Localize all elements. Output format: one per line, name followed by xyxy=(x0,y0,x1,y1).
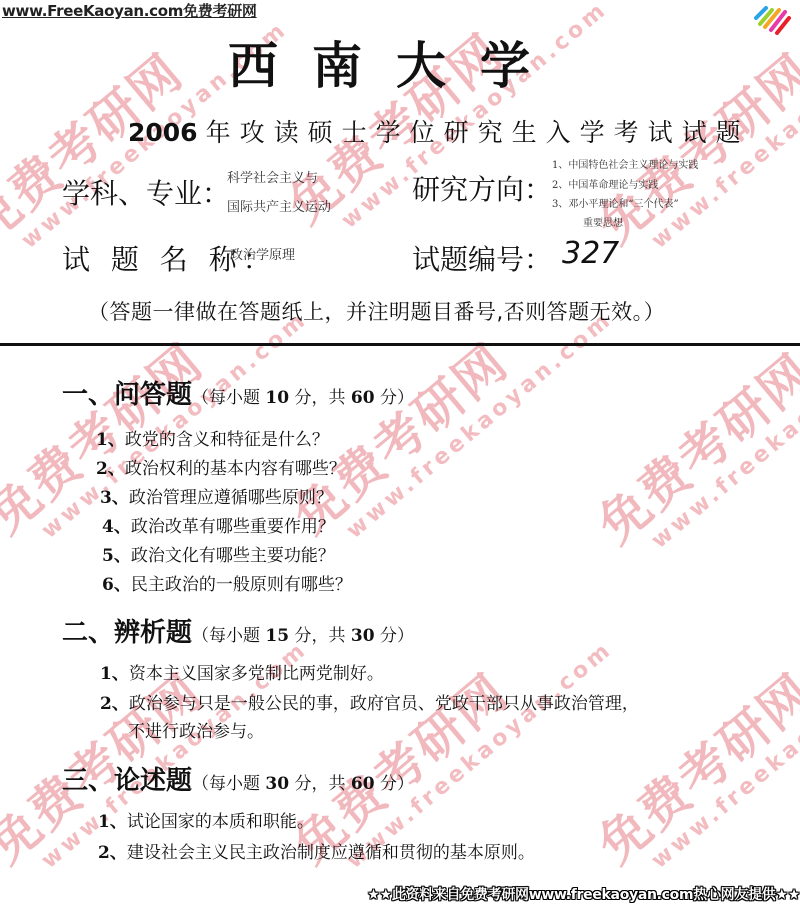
university-name: 西南大学 xyxy=(228,26,564,98)
question-item: 1、资本主义国家多党制比两党制好。 xyxy=(100,659,384,684)
watermark-url: www.freekaoyan.com xyxy=(647,317,800,554)
section-heading: 二、辨析题（每小题 15 分，共 30 分） xyxy=(62,612,414,649)
exam-title-text: 年攻读硕士学位研究生入学考试试题 xyxy=(206,118,750,147)
footer-credit: ★★此资料来自免费考研网www.freekaoyan.com热心网友提供★★ xyxy=(367,884,800,904)
exam-title: 2006年攻读硕士学位研究生入学考试试题 xyxy=(128,113,750,149)
section-heading: 三、论述题（每小题 30 分，共 60 分） xyxy=(62,760,414,797)
watermark: 免费考研网www.freekaoyan.com xyxy=(580,585,800,893)
question-item: 3、政治管理应遵循哪些原则？ xyxy=(100,483,333,508)
site-link[interactable]: www.FreeKaoyan.com免费考研网 xyxy=(2,0,257,21)
section-title: 三、论述题 xyxy=(62,766,192,796)
section-score-note: （每小题 30 分，共 60 分） xyxy=(192,774,414,794)
answer-notice: （答题一律做在答题纸上，并注明题目番号,否则答题无效。） xyxy=(88,296,665,326)
question-item: 1、试论国家的本质和职能。 xyxy=(98,807,314,832)
question-item: 4、政治改革有哪些重要作用？ xyxy=(102,512,335,537)
code-value: 327 xyxy=(562,236,619,271)
major-label: 学科、专业： xyxy=(62,172,230,212)
watermark-url: www.freekaoyan.com xyxy=(647,637,800,874)
section-score-note: （每小题 10 分，共 60 分） xyxy=(192,388,414,408)
question-item: 2、建设社会主义民主政治制度应遵循和贯彻的基本原则。 xyxy=(98,838,535,863)
direction-item: 2、中国革命理论与实践 xyxy=(552,178,658,194)
section-title: 二、辨析题 xyxy=(62,618,192,648)
major-value-line1: 科学社会主义与 xyxy=(227,168,318,190)
exam-year: 2006 xyxy=(128,118,198,147)
major-value-line2: 国际共产主义运动 xyxy=(227,197,331,219)
direction-item: 3、邓小平理论和“三个代表” xyxy=(552,197,679,213)
section-title: 一、问答题 xyxy=(62,380,192,410)
direction-label: 研究方向： xyxy=(412,168,552,208)
question-item: 1、政党的含义和特征是什么？ xyxy=(96,425,329,450)
separator-line xyxy=(0,343,800,346)
question-item: 5、政治文化有哪些主要功能？ xyxy=(102,541,335,566)
direction-item: 1、中国特色社会主义理论与实践 xyxy=(552,158,698,174)
section-heading: 一、问答题（每小题 10 分，共 60 分） xyxy=(62,374,414,411)
colorful-stripes-logo-icon xyxy=(752,2,792,36)
question-item-continued: 不进行政治参与。 xyxy=(128,717,264,742)
direction-item: 重要思想 xyxy=(583,216,623,232)
question-item: 2、政治参与只是一般公民的事，政府官员、党政干部只从事政治管理， xyxy=(100,689,639,714)
subject-value: 政治学原理 xyxy=(230,245,295,267)
section-score-note: （每小题 15 分，共 30 分） xyxy=(192,626,414,646)
watermark-text: 免费考研网 xyxy=(580,585,800,877)
code-label: 试题编号： xyxy=(412,238,552,278)
question-item: 6、民主政治的一般原则有哪些？ xyxy=(102,570,352,595)
question-item: 2、政治权利的基本内容有哪些？ xyxy=(96,454,346,479)
